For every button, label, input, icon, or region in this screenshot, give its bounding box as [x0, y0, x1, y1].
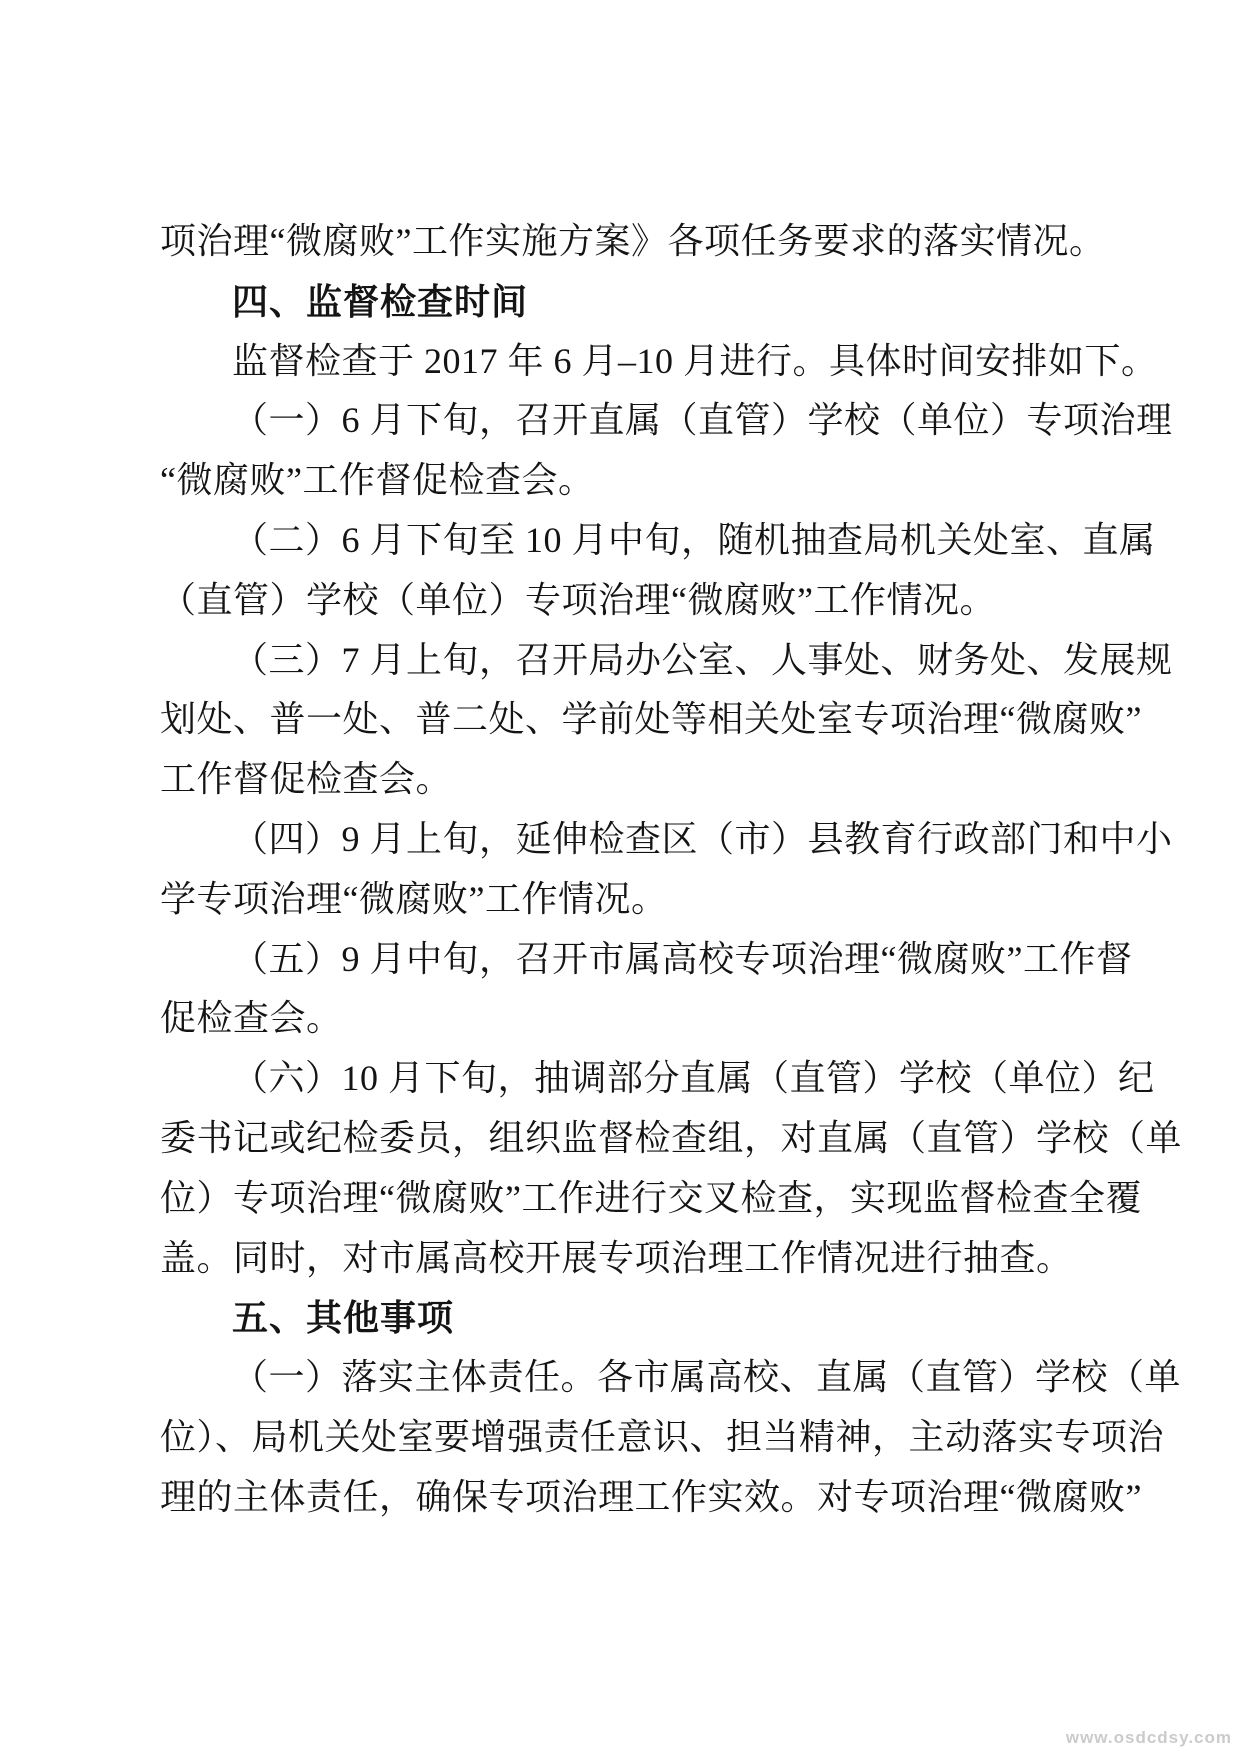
document-page: 项治理“微腐败”工作实施方案》各项任务要求的落实情况。 四、监督检查时间 监督检… [0, 0, 1240, 1754]
text-line: （一）落实主体责任。各市属高校、直属（直管）学校（单 [160, 1348, 1085, 1408]
text-line: 委书记或纪检委员，组织监督检查组，对直属（直管）学校（单 [160, 1109, 1085, 1169]
text-line: （三）7 月上旬，召开局办公室、人事处、财务处、发展规 [160, 631, 1085, 691]
document-body: 项治理“微腐败”工作实施方案》各项任务要求的落实情况。 四、监督检查时间 监督检… [160, 212, 1085, 1528]
watermark-url: www.osdcdsy.com [1066, 1728, 1232, 1748]
text-line: 位）、局机关处室要增强责任意识、担当精神，主动落实专项治 [160, 1408, 1085, 1468]
text-line: 项治理“微腐败”工作实施方案》各项任务要求的落实情况。 [160, 212, 1085, 272]
text-line: （六）10 月下旬，抽调部分直属（直管）学校（单位）纪 [160, 1049, 1085, 1109]
text-line: 理的主体责任，确保专项治理工作实效。对专项治理“微腐败” [160, 1468, 1085, 1528]
text-line: （直管）学校（单位）专项治理“微腐败”工作情况。 [160, 571, 1085, 631]
text-line: （五）9 月中旬，召开市属高校专项治理“微腐败”工作督 [160, 930, 1085, 990]
text-line: “微腐败”工作督促检查会。 [160, 451, 1085, 511]
text-line: 盖。同时，对市属高校开展专项治理工作情况进行抽查。 [160, 1229, 1085, 1289]
text-line: （二）6 月下旬至 10 月中旬，随机抽查局机关处室、直属 [160, 511, 1085, 571]
text-line: （一）6 月下旬，召开直属（直管）学校（单位）专项治理 [160, 391, 1085, 451]
section-heading-4: 四、监督检查时间 [160, 272, 1085, 332]
text-line: 工作督促检查会。 [160, 750, 1085, 810]
text-line: 促检查会。 [160, 989, 1085, 1049]
text-line: 划处、普一处、普二处、学前处等相关处室专项治理“微腐败” [160, 690, 1085, 750]
text-line: （四）9 月上旬，延伸检查区（市）县教育行政部门和中小 [160, 810, 1085, 870]
text-line: 位）专项治理“微腐败”工作进行交叉检查，实现监督检查全覆 [160, 1169, 1085, 1229]
section-heading-5: 五、其他事项 [160, 1288, 1085, 1348]
text-line: 学专项治理“微腐败”工作情况。 [160, 870, 1085, 930]
text-line: 监督检查于 2017 年 6 月–10 月进行。具体时间安排如下。 [160, 332, 1085, 392]
